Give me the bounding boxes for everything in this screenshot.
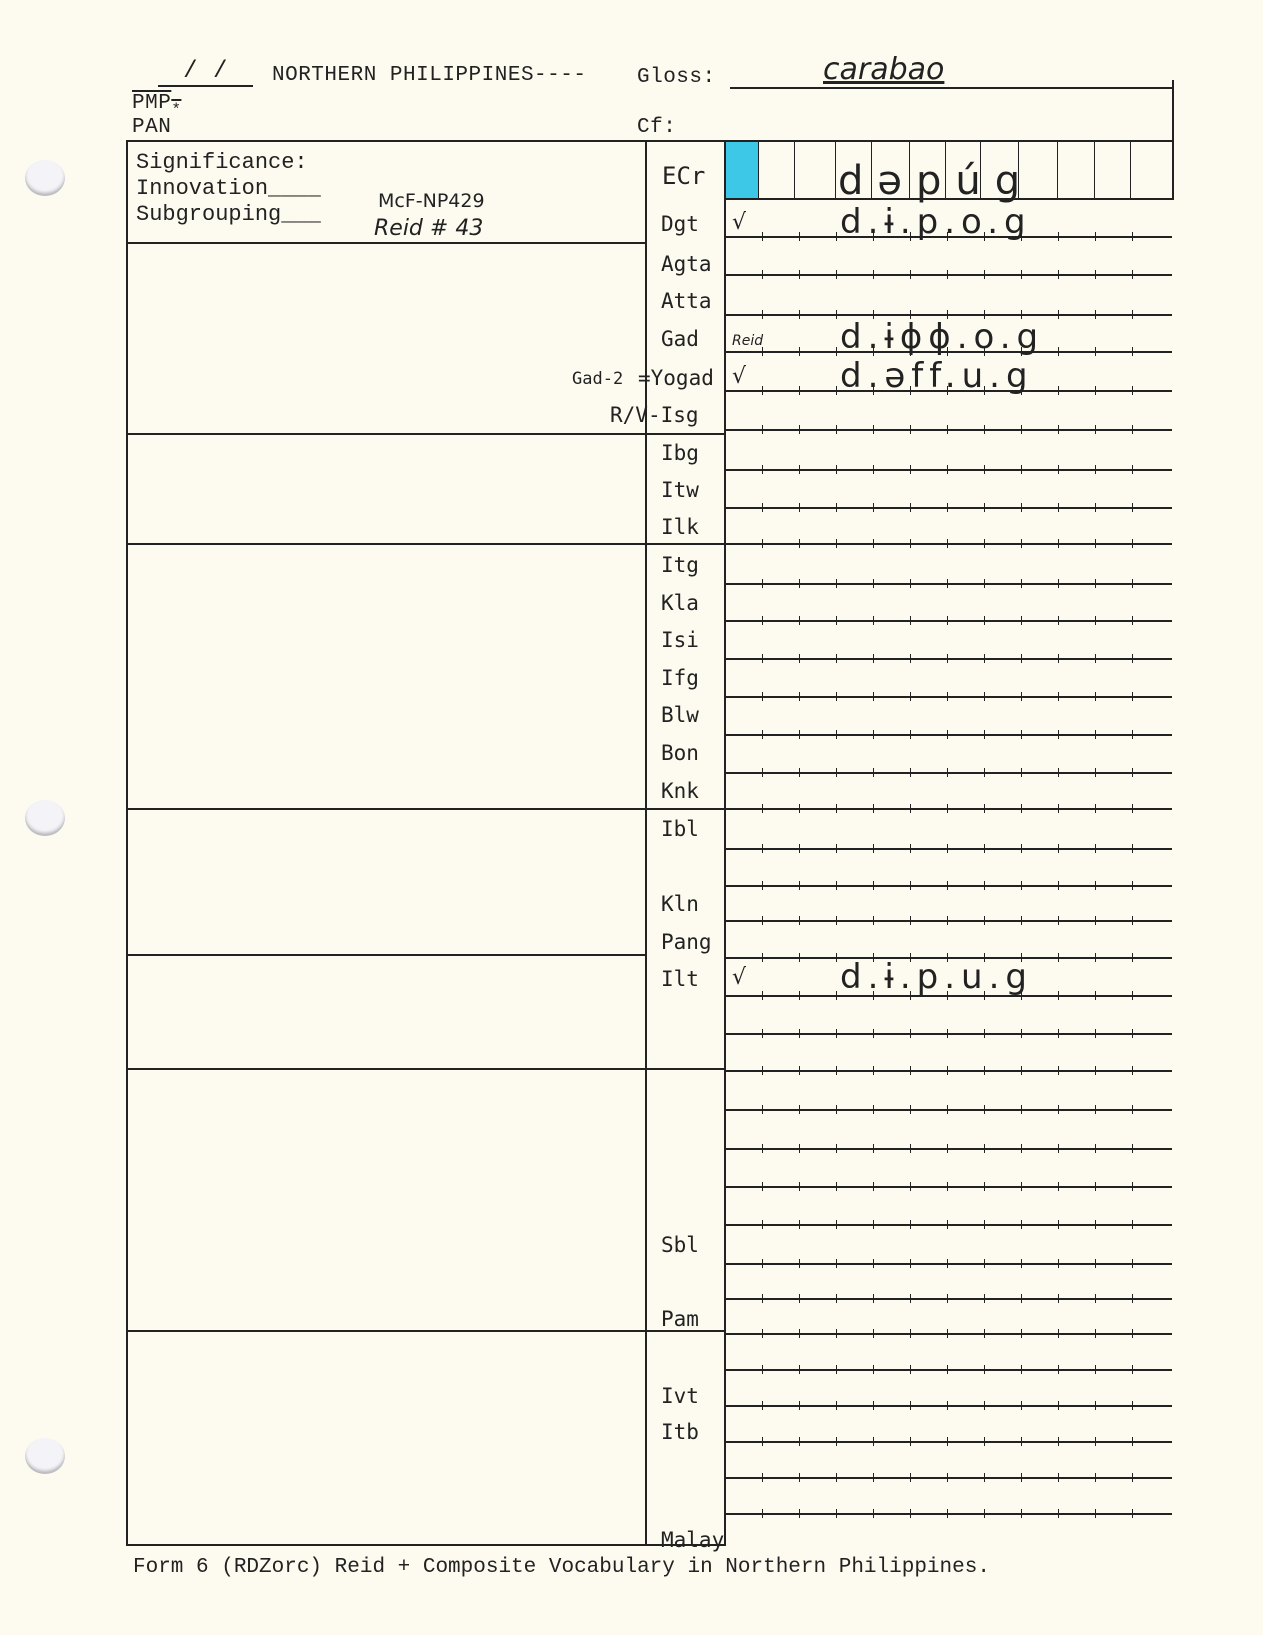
tick-mark: [799, 1365, 800, 1374]
tick-mark: [836, 1365, 837, 1374]
form-rule-line: [726, 1148, 1172, 1150]
form-rule-line: [726, 658, 1172, 660]
tick-mark: [799, 953, 800, 962]
tick-mark: [762, 1220, 763, 1229]
tick-mark: [1058, 425, 1059, 434]
tick-mark: [1095, 916, 1096, 925]
punch-hole: [25, 1438, 65, 1474]
ecr-form: dəpúg: [838, 158, 1034, 204]
pmp-label: PMP*: [132, 92, 181, 119]
region-title: NORTHERN PHILIPPINES----: [272, 64, 586, 87]
tick-mark: [1132, 654, 1133, 663]
language-code: Bon: [661, 741, 699, 765]
tick-mark: [836, 1259, 837, 1268]
tick-mark: [762, 844, 763, 853]
tick-mark: [873, 1294, 874, 1303]
tick-mark: [984, 465, 985, 474]
reflex-form: d.əff.u.g: [840, 356, 1034, 396]
tick-mark: [1058, 768, 1059, 777]
tick-mark: [762, 654, 763, 663]
tick-mark: [1132, 804, 1133, 813]
reflex-form: d.ɨ.p.u.g: [840, 957, 1033, 997]
tick-mark: [984, 1401, 985, 1410]
gloss-underline: [730, 87, 1173, 89]
tick-mark: [1132, 1220, 1133, 1229]
tick-mark: [836, 1329, 837, 1338]
tick-mark: [1132, 1401, 1133, 1410]
tick-mark: [762, 386, 763, 395]
tick-mark: [1132, 1029, 1133, 1038]
tick-mark: [799, 1066, 800, 1075]
language-code: =Yogad: [638, 366, 714, 390]
cf-label: Cf:: [637, 116, 676, 139]
tick-mark: [762, 1066, 763, 1075]
tick-mark: [873, 425, 874, 434]
tick-mark: [1132, 1509, 1133, 1518]
tick-mark: [947, 1401, 948, 1410]
language-code: Itw: [661, 478, 699, 502]
tick-mark: [1095, 881, 1096, 890]
tick-mark: [984, 1294, 985, 1303]
tick-mark: [1095, 232, 1096, 241]
tick-mark: [1132, 386, 1133, 395]
form-rule-line: [726, 920, 1172, 922]
tick-mark: [947, 503, 948, 512]
tick-mark: [799, 310, 800, 319]
reflex-form: d.ɨ.p.o.g: [840, 202, 1032, 242]
form-rule-line: [726, 583, 1172, 585]
form-rule-line: [726, 885, 1172, 887]
form-rule-line: [726, 1333, 1172, 1335]
tick-mark: [836, 310, 837, 319]
tick-mark: [873, 616, 874, 625]
tick-mark: [947, 465, 948, 474]
tick-mark: [1058, 1365, 1059, 1374]
tick-mark: [873, 1365, 874, 1374]
tick-mark: [1132, 616, 1133, 625]
tick-mark: [1058, 953, 1059, 962]
tick-mark: [1058, 465, 1059, 474]
tick-mark: [984, 1105, 985, 1114]
tick-mark: [762, 1182, 763, 1191]
tick-mark: [762, 881, 763, 890]
tick-mark: [1095, 1294, 1096, 1303]
tick-mark: [947, 1365, 948, 1374]
language-code: Atta: [661, 289, 712, 313]
language-code: -Isg: [648, 403, 699, 427]
tick-mark: [910, 1329, 911, 1338]
tick-mark: [947, 1329, 948, 1338]
tick-mark: [1132, 232, 1133, 241]
language-code: Sbl: [661, 1233, 699, 1257]
tick-mark: [836, 768, 837, 777]
tick-mark: [762, 953, 763, 962]
tick-mark: [910, 844, 911, 853]
tick-mark: [799, 1329, 800, 1338]
tick-mark: [1058, 539, 1059, 548]
language-code: Kln: [661, 892, 699, 916]
tick-mark: [984, 1066, 985, 1075]
tick-mark: [762, 1294, 763, 1303]
tick-mark: [836, 991, 837, 1000]
tick-mark: [836, 465, 837, 474]
tick-mark: [1095, 1365, 1096, 1374]
tick-mark: [1132, 1294, 1133, 1303]
tick-mark: [1058, 1105, 1059, 1114]
language-prefix: Gad-2: [572, 369, 623, 389]
tick-mark: [1132, 1437, 1133, 1446]
language-code: Ivt: [661, 1384, 699, 1408]
tick-mark: [910, 270, 911, 279]
tick-mark: [836, 539, 837, 548]
tick-mark: [762, 768, 763, 777]
tick-mark: [1058, 1029, 1059, 1038]
tick-mark: [1021, 654, 1022, 663]
tick-mark: [947, 881, 948, 890]
tick-mark: [836, 692, 837, 701]
ecr-label: ECr: [662, 162, 705, 190]
tick-mark: [836, 881, 837, 890]
tick-mark: [910, 1473, 911, 1482]
tick-mark: [1021, 539, 1022, 548]
tick-mark: [1095, 465, 1096, 474]
tick-mark: [1058, 730, 1059, 739]
tick-mark: [873, 730, 874, 739]
tick-mark: [1058, 1329, 1059, 1338]
tick-mark: [984, 881, 985, 890]
form-rule-line: [726, 1477, 1172, 1479]
tick-mark: [1021, 1329, 1022, 1338]
tick-mark: [910, 881, 911, 890]
tick-mark: [1132, 692, 1133, 701]
significance-block: Significance: Innovation____ Subgrouping…: [136, 150, 321, 228]
tick-mark: [947, 844, 948, 853]
tick-mark: [1095, 692, 1096, 701]
tick-mark: [799, 1105, 800, 1114]
tick-mark: [799, 730, 800, 739]
form-rule-line: [726, 1033, 1172, 1035]
tick-mark: [910, 465, 911, 474]
tick-mark: [799, 991, 800, 1000]
tick-mark: [984, 916, 985, 925]
tick-mark: [1058, 1182, 1059, 1191]
tick-mark: [836, 1220, 837, 1229]
form-rule-line: [726, 1513, 1172, 1515]
tick-mark: [910, 616, 911, 625]
tick-mark: [947, 804, 948, 813]
reference-mcf: McF-NP429: [378, 190, 485, 212]
tick-mark: [836, 1182, 837, 1191]
tick-mark: [947, 425, 948, 434]
tick-mark: [1058, 1509, 1059, 1518]
frame-left: [126, 140, 128, 1545]
tick-mark: [762, 310, 763, 319]
form-rule-line: [726, 507, 1172, 509]
tick-mark: [762, 1105, 763, 1114]
tick-mark: [799, 465, 800, 474]
tick-mark: [762, 916, 763, 925]
tick-mark: [873, 503, 874, 512]
tick-mark: [836, 386, 837, 395]
tick-mark: [1058, 1294, 1059, 1303]
ecr-grid-cell: [1057, 141, 1058, 199]
tick-mark: [1095, 730, 1096, 739]
tick-mark: [873, 1029, 874, 1038]
tick-mark: [873, 881, 874, 890]
tick-mark: [947, 768, 948, 777]
tick-mark: [910, 654, 911, 663]
language-code: Dgt: [661, 212, 699, 236]
tick-mark: [947, 1473, 948, 1482]
tick-mark: [1132, 1473, 1133, 1482]
form-rule-line: [726, 620, 1172, 622]
tick-mark: [799, 347, 800, 356]
tick-mark: [1058, 916, 1059, 925]
form-rule-line: [726, 469, 1172, 471]
tick-mark: [873, 654, 874, 663]
tick-mark: [762, 1401, 763, 1410]
language-code: Gad: [661, 327, 699, 351]
tick-mark: [873, 579, 874, 588]
language-code: Kla: [661, 591, 699, 615]
tick-mark: [910, 425, 911, 434]
tick-mark: [1021, 1437, 1022, 1446]
ecr-grid-cell: [1094, 141, 1095, 199]
language-code: Itg: [661, 553, 699, 577]
tick-mark: [799, 1182, 800, 1191]
tick-mark: [799, 1029, 800, 1038]
tick-mark: [910, 692, 911, 701]
tick-mark: [910, 1029, 911, 1038]
tick-mark: [1132, 1105, 1133, 1114]
form-rule-line: [726, 543, 1172, 545]
tick-mark: [799, 1401, 800, 1410]
form-footer: Form 6 (RDZorc) Reid + Composite Vocabul…: [133, 1556, 990, 1579]
tick-mark: [947, 1220, 948, 1229]
language-code: Malay: [661, 1528, 724, 1552]
form-rule-line: [726, 1441, 1172, 1443]
tick-mark: [1021, 465, 1022, 474]
tick-mark: [984, 425, 985, 434]
tick-mark: [1095, 1220, 1096, 1229]
language-code: Pam: [661, 1307, 699, 1331]
tick-mark: [1095, 1473, 1096, 1482]
tick-mark: [1095, 1144, 1096, 1153]
tick-mark: [762, 539, 763, 548]
tick-mark: [984, 503, 985, 512]
tick-mark: [799, 1144, 800, 1153]
tick-mark: [1095, 503, 1096, 512]
language-code: Ilt: [661, 967, 699, 991]
tick-mark: [1132, 579, 1133, 588]
form-rule-line: [726, 734, 1172, 736]
tick-mark: [984, 1329, 985, 1338]
tick-mark: [1021, 916, 1022, 925]
source-note: Reid: [732, 333, 763, 349]
tick-mark: [984, 730, 985, 739]
tick-mark: [873, 539, 874, 548]
tick-mark: [984, 1182, 985, 1191]
tick-mark: [1058, 1144, 1059, 1153]
tick-mark: [947, 1437, 948, 1446]
tick-mark: [762, 1029, 763, 1038]
tick-mark: [984, 844, 985, 853]
tick-mark: [873, 270, 874, 279]
form-rule-line: [726, 314, 1172, 316]
tick-mark: [762, 1259, 763, 1268]
tick-mark: [836, 1437, 837, 1446]
tick-mark: [799, 1473, 800, 1482]
tick-mark: [762, 1509, 763, 1518]
form-rule-line: [726, 1186, 1172, 1188]
tick-mark: [1058, 1401, 1059, 1410]
tick-mark: [1132, 425, 1133, 434]
tick-mark: [1058, 804, 1059, 813]
tick-mark: [1132, 844, 1133, 853]
tick-mark: [1021, 881, 1022, 890]
tick-mark: [836, 425, 837, 434]
tick-mark: [1132, 1365, 1133, 1374]
tick-mark: [836, 804, 837, 813]
tick-mark: [947, 1259, 948, 1268]
tick-mark: [836, 270, 837, 279]
subgrouping-field: Subgrouping___: [136, 202, 321, 228]
form-rule-line: [726, 1070, 1172, 1072]
tick-mark: [1058, 232, 1059, 241]
tick-mark: [910, 730, 911, 739]
tick-mark: [873, 1473, 874, 1482]
tick-mark: [836, 616, 837, 625]
tick-mark: [1095, 1437, 1096, 1446]
tick-mark: [1021, 579, 1022, 588]
tick-mark: [799, 1259, 800, 1268]
tick-mark: [1095, 1066, 1096, 1075]
form-rule-line: [726, 1369, 1172, 1371]
tick-mark: [984, 1473, 985, 1482]
tick-mark: [799, 270, 800, 279]
tick-mark: [836, 844, 837, 853]
form-rule-line: [726, 1109, 1172, 1111]
tick-mark: [1021, 270, 1022, 279]
tick-mark: [873, 1144, 874, 1153]
form-rule-line: [726, 429, 1172, 431]
ecr-grid-cell: [1130, 141, 1131, 199]
tick-mark: [799, 692, 800, 701]
tick-mark: [910, 1437, 911, 1446]
tick-mark: [1058, 503, 1059, 512]
form-rule-line: [726, 1405, 1172, 1407]
tick-mark: [1132, 310, 1133, 319]
tick-mark: [1132, 991, 1133, 1000]
tick-mark: [799, 881, 800, 890]
tick-mark: [1095, 425, 1096, 434]
tick-mark: [1095, 270, 1096, 279]
frame-edge: [1172, 80, 1174, 140]
tick-mark: [799, 1437, 800, 1446]
tick-mark: [836, 579, 837, 588]
tick-mark: [1021, 844, 1022, 853]
tick-mark: [910, 1105, 911, 1114]
tick-mark: [1021, 768, 1022, 777]
tick-mark: [947, 270, 948, 279]
tick-mark: [1021, 804, 1022, 813]
tick-mark: [836, 1401, 837, 1410]
tick-mark: [836, 953, 837, 962]
tick-mark: [1095, 616, 1096, 625]
punch-hole: [25, 160, 65, 196]
language-code: Ibl: [661, 817, 699, 841]
tick-mark: [1095, 386, 1096, 395]
tick-mark: [873, 1509, 874, 1518]
tick-mark: [1095, 1259, 1096, 1268]
tick-mark: [762, 1473, 763, 1482]
tick-mark: [836, 1509, 837, 1518]
tick-mark: [1132, 1144, 1133, 1153]
tick-mark: [984, 1365, 985, 1374]
section-divider: [126, 433, 726, 435]
tick-mark: [799, 844, 800, 853]
tick-mark: [1132, 768, 1133, 777]
language-code: Ibg: [661, 441, 699, 465]
tick-mark: [984, 1220, 985, 1229]
tick-mark: [873, 916, 874, 925]
tick-mark: [984, 1144, 985, 1153]
tick-mark: [836, 1029, 837, 1038]
tick-mark: [799, 654, 800, 663]
tick-mark: [1058, 844, 1059, 853]
tick-mark: [762, 991, 763, 1000]
tick-mark: [984, 1259, 985, 1268]
tick-mark: [947, 1509, 948, 1518]
tick-mark: [799, 1294, 800, 1303]
language-code: Agta: [661, 252, 712, 276]
tick-mark: [1058, 692, 1059, 701]
tick-mark: [910, 1220, 911, 1229]
tick-mark: [762, 730, 763, 739]
tick-mark: [910, 1294, 911, 1303]
tick-mark: [836, 347, 837, 356]
tick-mark: [1095, 1509, 1096, 1518]
tick-mark: [1095, 347, 1096, 356]
form-rule-line: [726, 808, 1172, 810]
tick-mark: [984, 804, 985, 813]
tick-mark: [1021, 1182, 1022, 1191]
gloss-label: Gloss:: [637, 66, 716, 89]
tick-mark: [910, 916, 911, 925]
language-code: Ifg: [661, 666, 699, 690]
tick-mark: [947, 1182, 948, 1191]
gloss-value: carabao: [823, 52, 944, 87]
tick-mark: [1095, 1329, 1096, 1338]
tick-mark: [1095, 953, 1096, 962]
date-field: / /: [158, 58, 253, 87]
tick-mark: [984, 270, 985, 279]
form-rule-line: [726, 1224, 1172, 1226]
language-code: Ilk: [661, 515, 699, 539]
tick-mark: [1021, 1105, 1022, 1114]
tick-mark: [947, 539, 948, 548]
tick-mark: [1058, 654, 1059, 663]
tick-mark: [799, 1220, 800, 1229]
tick-mark: [947, 616, 948, 625]
section-divider: [126, 543, 726, 545]
ecr-grid-cell: [758, 141, 759, 199]
tick-mark: [762, 1437, 763, 1446]
tick-mark: [1095, 1105, 1096, 1114]
tick-mark: [1095, 310, 1096, 319]
tick-mark: [873, 1220, 874, 1229]
tick-mark: [873, 1329, 874, 1338]
